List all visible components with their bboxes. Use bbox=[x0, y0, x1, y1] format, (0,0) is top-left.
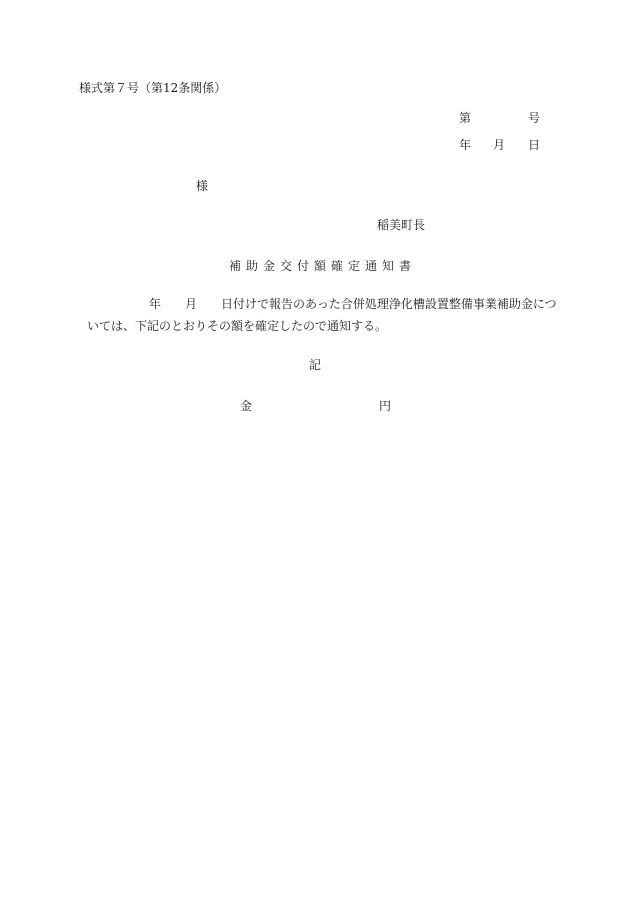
form-label: 様式第７号（第12条関係） bbox=[79, 80, 226, 96]
number-suffix: 号 bbox=[528, 110, 540, 126]
number-prefix: 第 bbox=[459, 110, 471, 126]
amount-prefix: 金 bbox=[240, 398, 252, 414]
date-day: 日 bbox=[528, 137, 540, 153]
body-line-1: 日付けで報告のあった合併処理浄化槽設置整備事業補助金につ bbox=[221, 296, 557, 312]
body-line-2: いては、下記のとおりその額を確定したので通知する。 bbox=[87, 318, 387, 334]
body-month: 月 bbox=[185, 296, 197, 312]
date-year: 年 bbox=[459, 137, 471, 153]
ki-heading: 記 bbox=[309, 357, 321, 373]
amount-suffix: 円 bbox=[379, 398, 391, 414]
issuer: 稲美町長 bbox=[377, 217, 425, 233]
addressee-suffix: 様 bbox=[196, 178, 208, 194]
body-year: 年 bbox=[149, 296, 161, 312]
document-title: 補助金交付額確定通知書 bbox=[229, 258, 416, 274]
date-month: 月 bbox=[493, 137, 505, 153]
